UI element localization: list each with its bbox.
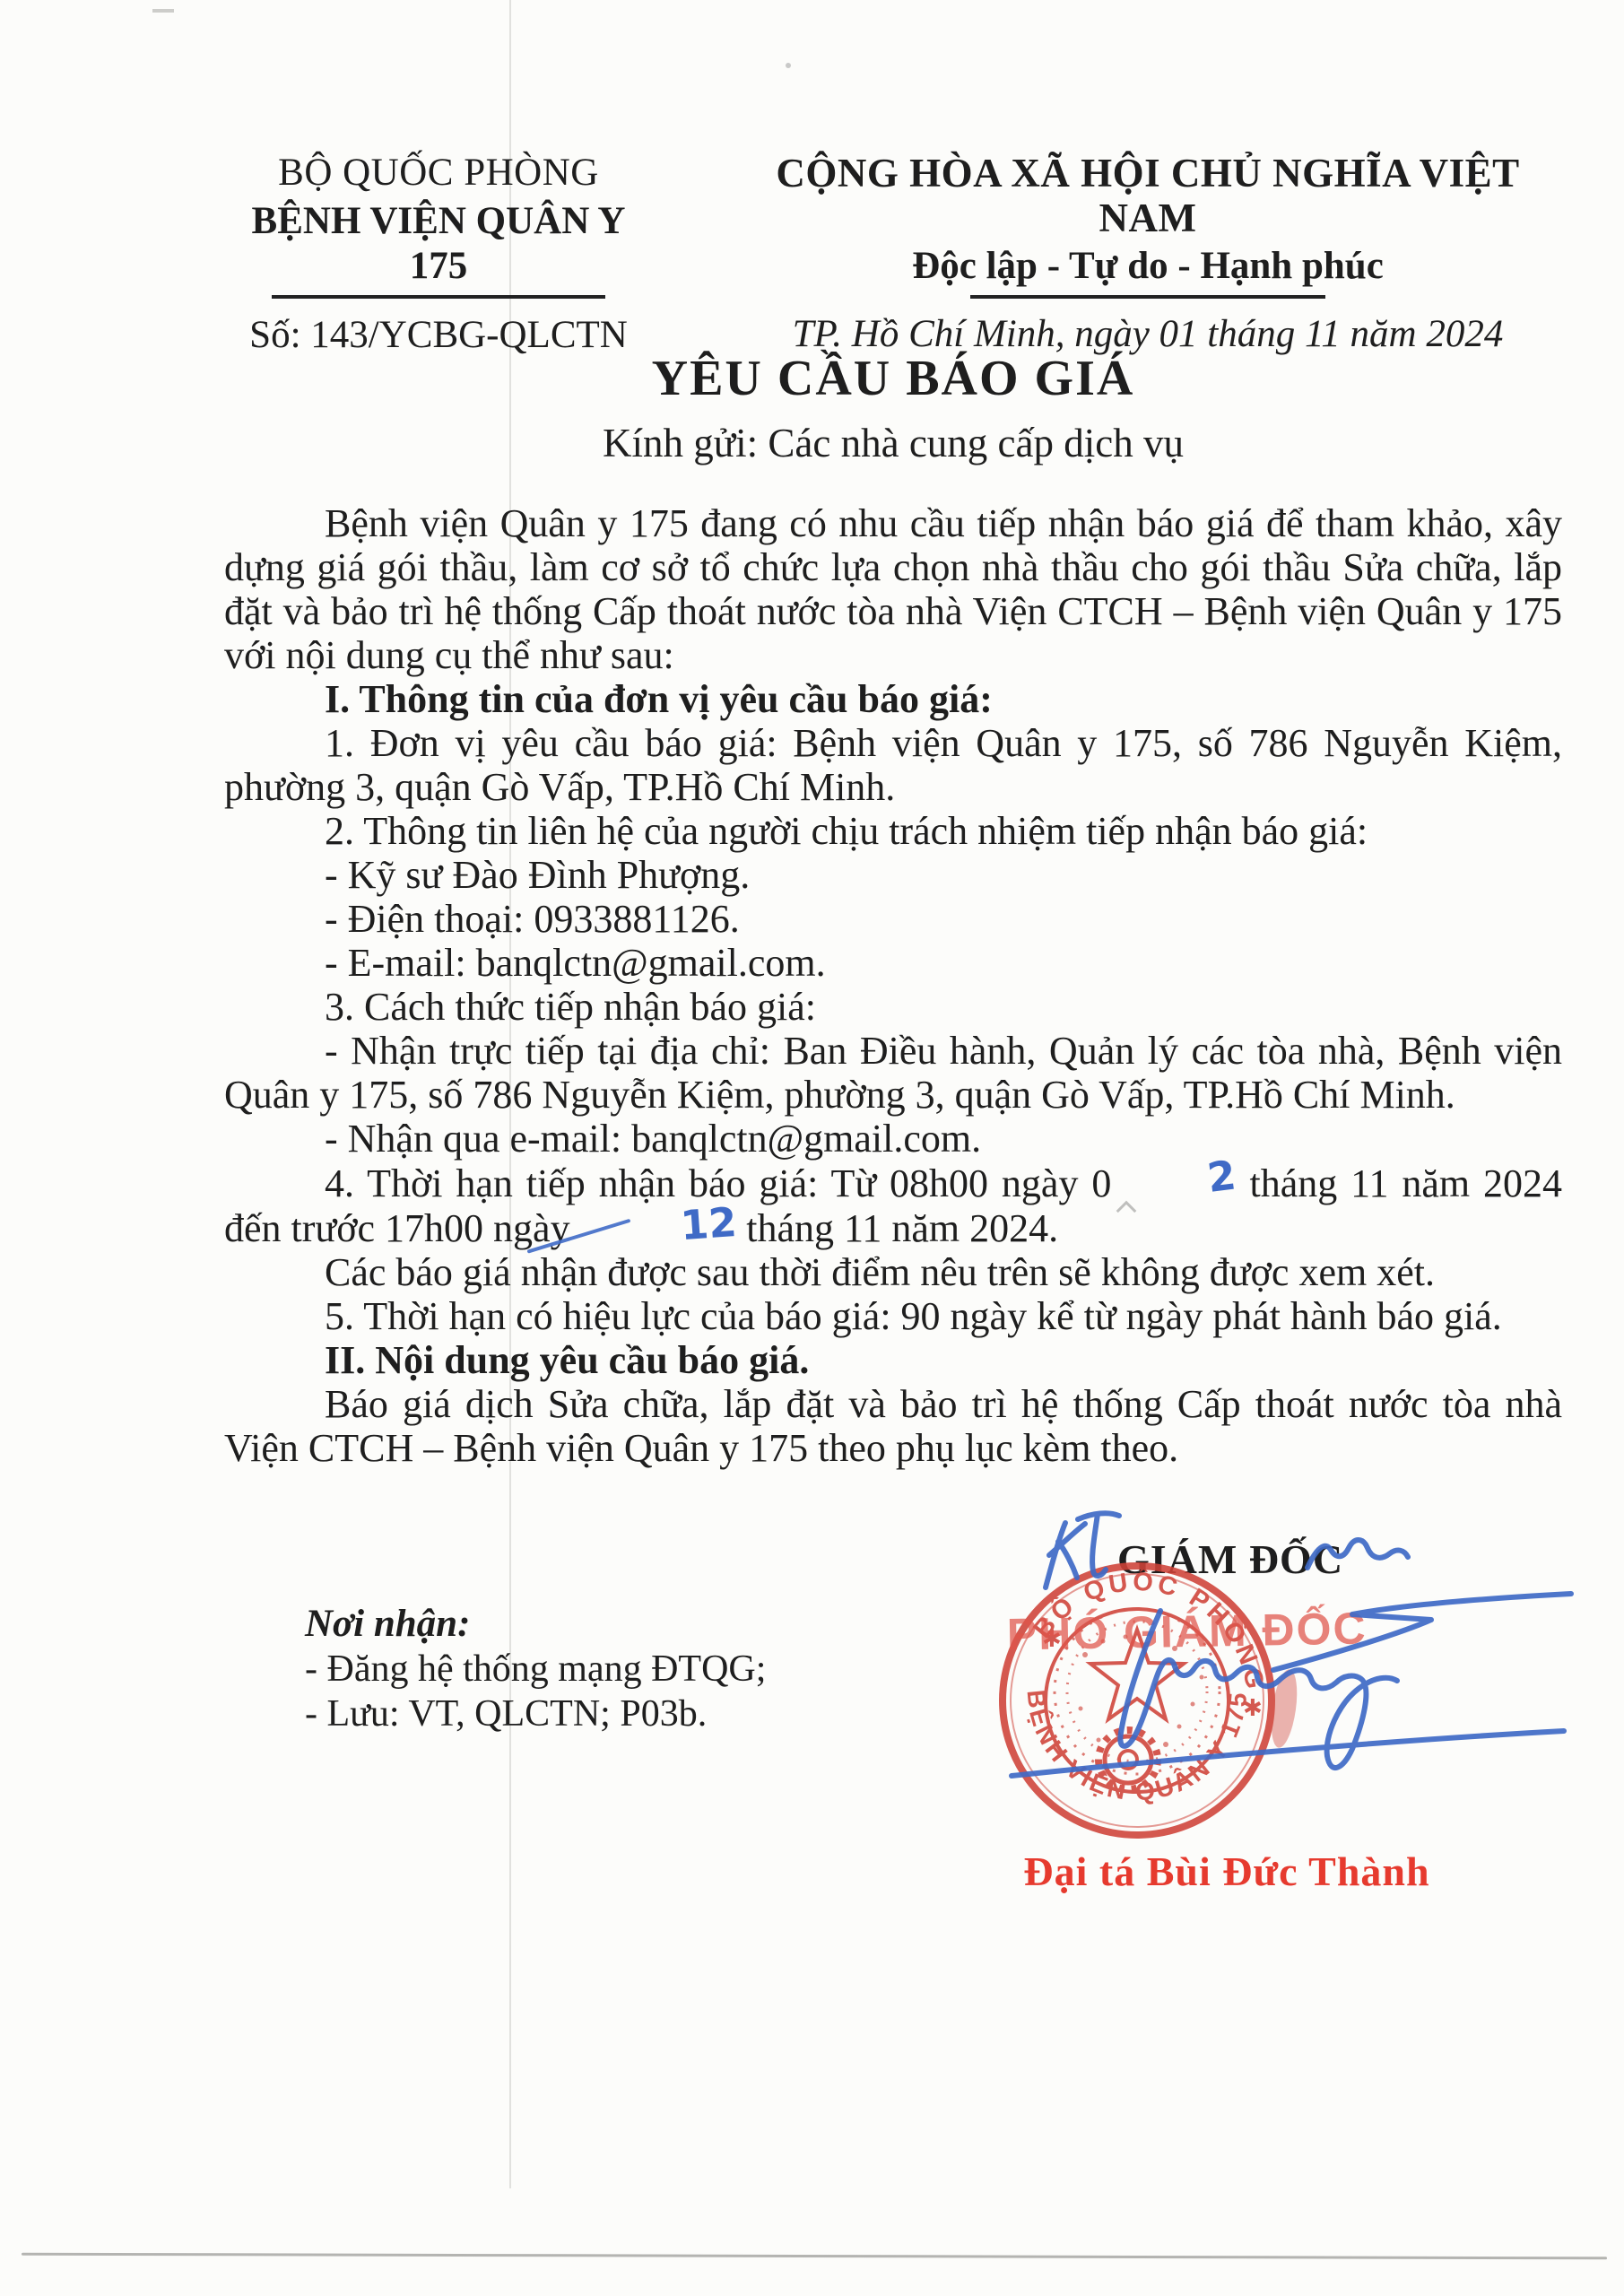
contact-email: - E-mail: banqlctn@gmail.com. bbox=[224, 941, 1562, 985]
motto-underline bbox=[970, 295, 1325, 299]
handwritten-end-day: 12 bbox=[578, 1200, 738, 1255]
item4-deadline: 4. Thời hạn tiếp nhận báo giá: Từ 08h00 … bbox=[224, 1161, 1562, 1250]
item5-validity: 5. Thời hạn có hiệu lực của báo giá: 90 … bbox=[224, 1294, 1562, 1338]
stamp-overlay-position-text: PHÓ GIÁM ĐỐC bbox=[1006, 1603, 1368, 1660]
late-quotes-note: Các báo giá nhận được sau thời điểm nêu … bbox=[224, 1250, 1562, 1294]
national-title: CỘNG HÒA XÃ HỘI CHỦ NGHĨA VIỆT NAM bbox=[753, 151, 1542, 240]
stamp-star-separator: ✱ bbox=[1243, 1695, 1263, 1721]
contact-name: - Kỹ sư Đào Đình Phượng. bbox=[224, 853, 1562, 897]
signer-name: Đại tá Bùi Đức Thành bbox=[1012, 1848, 1442, 1895]
stamp-star-separator: ✱ bbox=[1042, 1626, 1062, 1652]
handwritten-start-day: 2 bbox=[1106, 1152, 1238, 1212]
recipients-block: Nơi nhận: - Đăng hệ thống mạng ĐTQG; - L… bbox=[305, 1602, 766, 1736]
stamp-ring-top-text: BỘ QUỐC PHÒNG bbox=[1028, 1566, 1269, 1694]
handwritten-kt bbox=[1046, 1513, 1119, 1587]
contact-phone: - Điện thoại: 0933881126. bbox=[224, 897, 1562, 941]
scan-edge-line bbox=[22, 2253, 1607, 2260]
document-title: YÊU CẦU BÁO GIÁ bbox=[224, 350, 1562, 407]
receive-direct-address: - Nhận trực tiếp tại địa chỉ: Ban Điều h… bbox=[224, 1029, 1562, 1117]
section2-heading: II. Nội dung yêu cầu báo giá. bbox=[224, 1338, 1562, 1382]
recipient-item: - Đăng hệ thống mạng ĐTQG; bbox=[305, 1647, 766, 1692]
stamp-star-emblem bbox=[1090, 1630, 1184, 1719]
letter-body: Bệnh viện Quân y 175 đang có nhu cầu tiế… bbox=[224, 501, 1562, 1470]
deadline-post: tháng 11 năm 2024. bbox=[736, 1206, 1058, 1250]
recipient-item: - Lưu: VT, QLCTN; P03b. bbox=[305, 1692, 766, 1736]
receive-by-email: - Nhận qua e-mail: banqlctn@gmail.com. bbox=[224, 1117, 1562, 1161]
org-parent: BỘ QUỐC PHÒNG bbox=[226, 151, 651, 196]
recipients-heading: Nơi nhận: bbox=[305, 1602, 766, 1647]
scan-speck bbox=[786, 63, 791, 68]
official-round-stamp: BỘ QUỐC PHÒNG BỆNH VIỆN QUÂN Y 175 ✱ ✱ bbox=[1003, 1566, 1301, 1835]
item2-contact-info: 2. Thông tin liên hệ của người chịu trác… bbox=[224, 809, 1562, 853]
stamp-ring-bottom-text: BỆNH VIỆN QUÂN Y 175 bbox=[1021, 1689, 1252, 1806]
scanned-letter-page: BỘ QUỐC PHÒNG BỆNH VIỆN QUÂN Y 175 Số: 1… bbox=[0, 0, 1624, 2296]
scan-speck bbox=[152, 9, 174, 13]
item1-requesting-unit: 1. Đơn vị yêu cầu báo giá: Bệnh viện Quâ… bbox=[224, 721, 1562, 809]
section1-heading: I. Thông tin của đơn vị yêu cầu báo giá: bbox=[224, 677, 1562, 721]
intro-paragraph: Bệnh viện Quân y 175 đang có nhu cầu tiế… bbox=[224, 501, 1562, 677]
header-national-motto: CỘNG HÒA XÃ HỘI CHỦ NGHĨA VIỆT NAM Độc l… bbox=[753, 151, 1542, 356]
national-motto: Độc lập - Tự do - Hạnh phúc bbox=[753, 244, 1542, 289]
section2-text: Báo giá dịch Sửa chữa, lắp đặt và bảo tr… bbox=[224, 1382, 1562, 1470]
signer-position-title: GIÁM ĐỐC bbox=[1117, 1535, 1343, 1583]
svg-text:BỘ QUỐC PHÒNG: BỘ QUỐC PHÒNG bbox=[1028, 1566, 1269, 1694]
org-underline bbox=[272, 295, 605, 299]
org-name: BỆNH VIỆN QUÂN Y 175 bbox=[226, 199, 651, 289]
stamp-gear-icon bbox=[1099, 1730, 1158, 1789]
item3-receiving-method: 3. Cách thức tiếp nhận báo giá: bbox=[224, 985, 1562, 1029]
header-issuing-org: BỘ QUỐC PHÒNG BỆNH VIỆN QUÂN Y 175 Số: 1… bbox=[226, 151, 651, 357]
salutation: Kính gửi: Các nhà cung cấp dịch vụ bbox=[224, 420, 1562, 466]
svg-text:BỆNH VIỆN QUÂN Y 175: BỆNH VIỆN QUÂN Y 175 bbox=[1021, 1689, 1252, 1806]
